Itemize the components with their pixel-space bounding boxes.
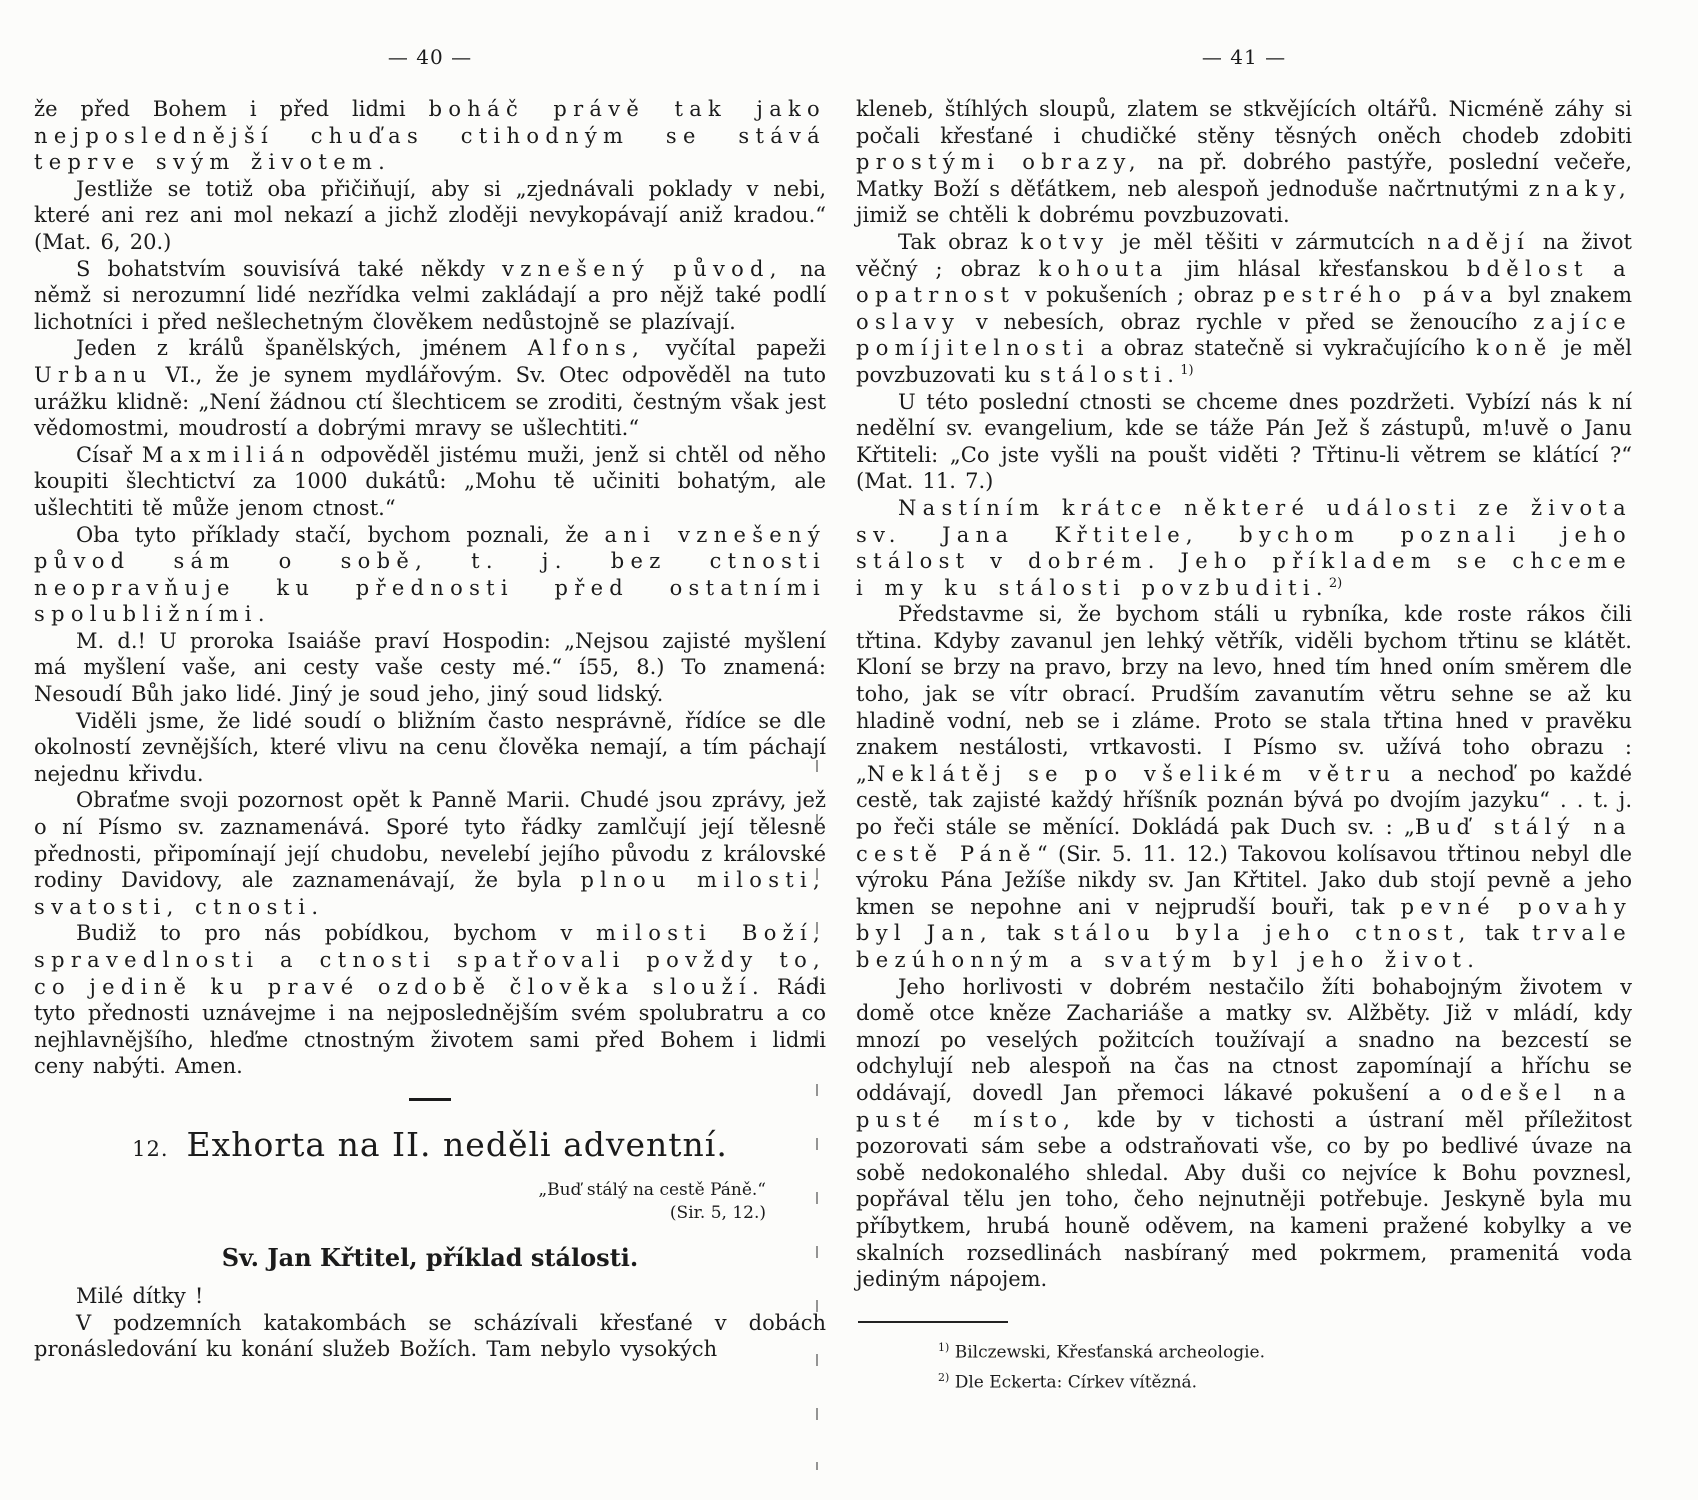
text-run: byl znakem [1499,283,1632,307]
text-run: kde by v tichosti a ústraní měl příležit… [856,1108,1632,1292]
section-number: 12. [132,1137,168,1161]
text-run: v nebesích, obraz rychle v před se ženou… [960,310,1533,334]
text-run: M. d.! U proroka Isaiáše praví Hospodin:… [34,629,826,706]
binding-gutter-artifact [816,760,818,1470]
letterspaced-emphasis: koně [1476,336,1553,360]
footnote-marker: 2) [938,1371,949,1384]
motto-text: „Buď stálý na cestě Páně.“ [34,1179,766,1202]
paragraph: Jeden z králů španělských, jménem Alfons… [34,335,826,441]
paragraph: Jeho horlivosti v dobrém nestačilo žíti … [856,974,1632,1293]
motto-reference: (Sir. 5, 12.) [34,1202,766,1225]
paragraph: Oba tyto příklady stačí, bychom poznali,… [34,522,826,628]
paragraph: že před Bohem i před lidmi boháč právě t… [34,96,826,176]
text-run: Budiž to pro nás pobídkou, bychom v [76,921,596,945]
footnote: 1) Bilczewski, Křesťanská archeologie. [938,1335,1632,1366]
section-subtitle: Sv. Jan Křtitel, příklad stálosti. [34,1243,826,1273]
text-run: kleneb, štíhlých sloupů, zlatem se stkvě… [856,97,1632,148]
section-motto: „Buď stálý na cestě Páně.“ (Sir. 5, 12.) [34,1179,766,1225]
text-run: v pokušeních ; obraz [1015,283,1263,307]
footnote: 2) Dle Eckerta: Církev vítězná. [938,1365,1632,1396]
section-title-text: Exhorta na II. neděli adventní. [187,1125,728,1164]
section-divider [409,1098,451,1101]
section-heading: 12.Exhorta na II. neděli adventní. [34,1125,826,1169]
footnote-text: Dle Eckerta: Církev vítězná. [949,1373,1197,1393]
paragraph: Obraťme svoji pozornost opět k Panně Mar… [34,787,826,920]
letterspaced-emphasis: Alfons, [528,336,645,360]
text-run: tak [993,921,1054,945]
page-number-left: — 40 — [34,46,826,68]
letterspaced-emphasis: stálou byla jeho ctnost, [1054,921,1472,945]
footnotes: 1) Bilczewski, Křesťanská archeologie.2)… [856,1335,1632,1396]
letterspaced-emphasis: Maxmilián [142,443,311,467]
text-run: že před Bohem i před lidmi [34,97,429,121]
text-run: VI., že je synem mydlářovým. Sv. Otec od… [34,363,826,440]
text-run: Viděli jsme, že lidé soudí o bližním čas… [34,709,826,786]
paragraph: Milé dítky ! [34,1283,826,1310]
letterspaced-emphasis: kohouta [1038,257,1168,281]
text-run: U této poslední ctnosti se chceme dnes p… [856,390,1632,494]
page-40: — 40 — že před Bohem i před lidmi boháč … [34,46,826,1363]
letterspaced-emphasis: stálosti. [1040,363,1180,387]
text-run: a obraz statečně si vykračujícího [1090,336,1476,360]
text-run: Tak obraz [898,230,1020,254]
letterspaced-emphasis: oslavy [856,310,960,334]
paragraph: M. d.! U proroka Isaiáše praví Hospodin:… [34,628,826,708]
paragraph: Jestliže se totiž oba přičiňují, aby si … [34,176,826,256]
text-run: Milé dítky ! [76,1284,203,1308]
paragraph: Budiž to pro nás pobídkou, bychom v milo… [34,920,826,1080]
text-run: Jestliže se totiž oba přičiňují, aby si … [34,177,826,254]
paragraph: Představme si, že bychom stáli u rybníka… [856,601,1632,973]
footnote-rule [858,1321,1008,1323]
letterspaced-emphasis: nadějí [1427,230,1530,254]
footnote-text: Bilczewski, Křesťanská archeologie. [949,1342,1265,1362]
page-41-body: kleneb, štíhlých sloupů, zlatem se stkvě… [856,96,1632,1293]
letterspaced-emphasis: Urbanu [34,363,153,387]
paragraph: kleneb, štíhlých sloupů, zlatem se stkvě… [856,96,1632,229]
text-run: jim hlásal křesťanskou [1169,257,1467,281]
letterspaced-emphasis: Nastíním krátce některé události ze živo… [856,496,1632,600]
letterspaced-emphasis: pestrého páva [1263,283,1499,307]
text-run: Představme si, že bychom stáli u rybníka… [856,602,1632,786]
footnote-ref: 2) [1329,576,1342,591]
letterspaced-emphasis: znaky, [1529,177,1632,201]
text-run: vyčítal papeži [645,336,826,360]
paragraph: U této poslední ctnosti se chceme dnes p… [856,389,1632,495]
text-run: jimiž se chtěli k dobrému povzbuzovati. [856,203,1290,227]
paragraph: Viděli jsme, že lidé soudí o bližním čas… [34,708,826,788]
text-run: je měl těšiti v zármutcích [1109,230,1427,254]
text-run: Jeden z králů španělských, jménem [76,336,528,360]
book-spread: — 40 — že před Bohem i před lidmi boháč … [0,0,1698,1500]
letterspaced-emphasis: Neklátěj se po všelikém větru [867,762,1397,786]
letterspaced-emphasis: kotvy [1020,230,1109,254]
text-run: V podzemních katakombách se scházívali k… [34,1311,826,1362]
paragraph: Nastíním krátce některé události ze živo… [856,495,1632,601]
text-run: Císař [76,443,142,467]
letterspaced-emphasis: vznešený původ, [502,257,783,281]
paragraph: S bohatstvím souvisívá také někdy vzneše… [34,256,826,336]
letterspaced-emphasis: prostými obrazy, [856,150,1142,174]
text-run: Oba tyto příklady stačí, bychom poznali,… [76,523,605,547]
text-run: tak [1472,921,1533,945]
page-40-body-after-heading: Milé dítky !V podzemních katakombách se … [34,1283,826,1363]
page-number-right: — 41 — [856,46,1632,68]
page-41: — 41 — kleneb, štíhlých sloupů, zlatem s… [856,46,1632,1396]
page-40-body: že před Bohem i před lidmi boháč právě t… [34,96,826,1080]
paragraph: Císař Maxmilián odpověděl jistému muži, … [34,442,826,522]
paragraph: Tak obraz kotvy je měl těšiti v zármutcí… [856,229,1632,389]
paragraph: V podzemních katakombách se scházívali k… [34,1310,826,1363]
footnote-marker: 1) [938,1341,949,1354]
text-run: S bohatstvím souvisívá také někdy [76,257,502,281]
footnote-ref: 1) [1180,363,1193,378]
